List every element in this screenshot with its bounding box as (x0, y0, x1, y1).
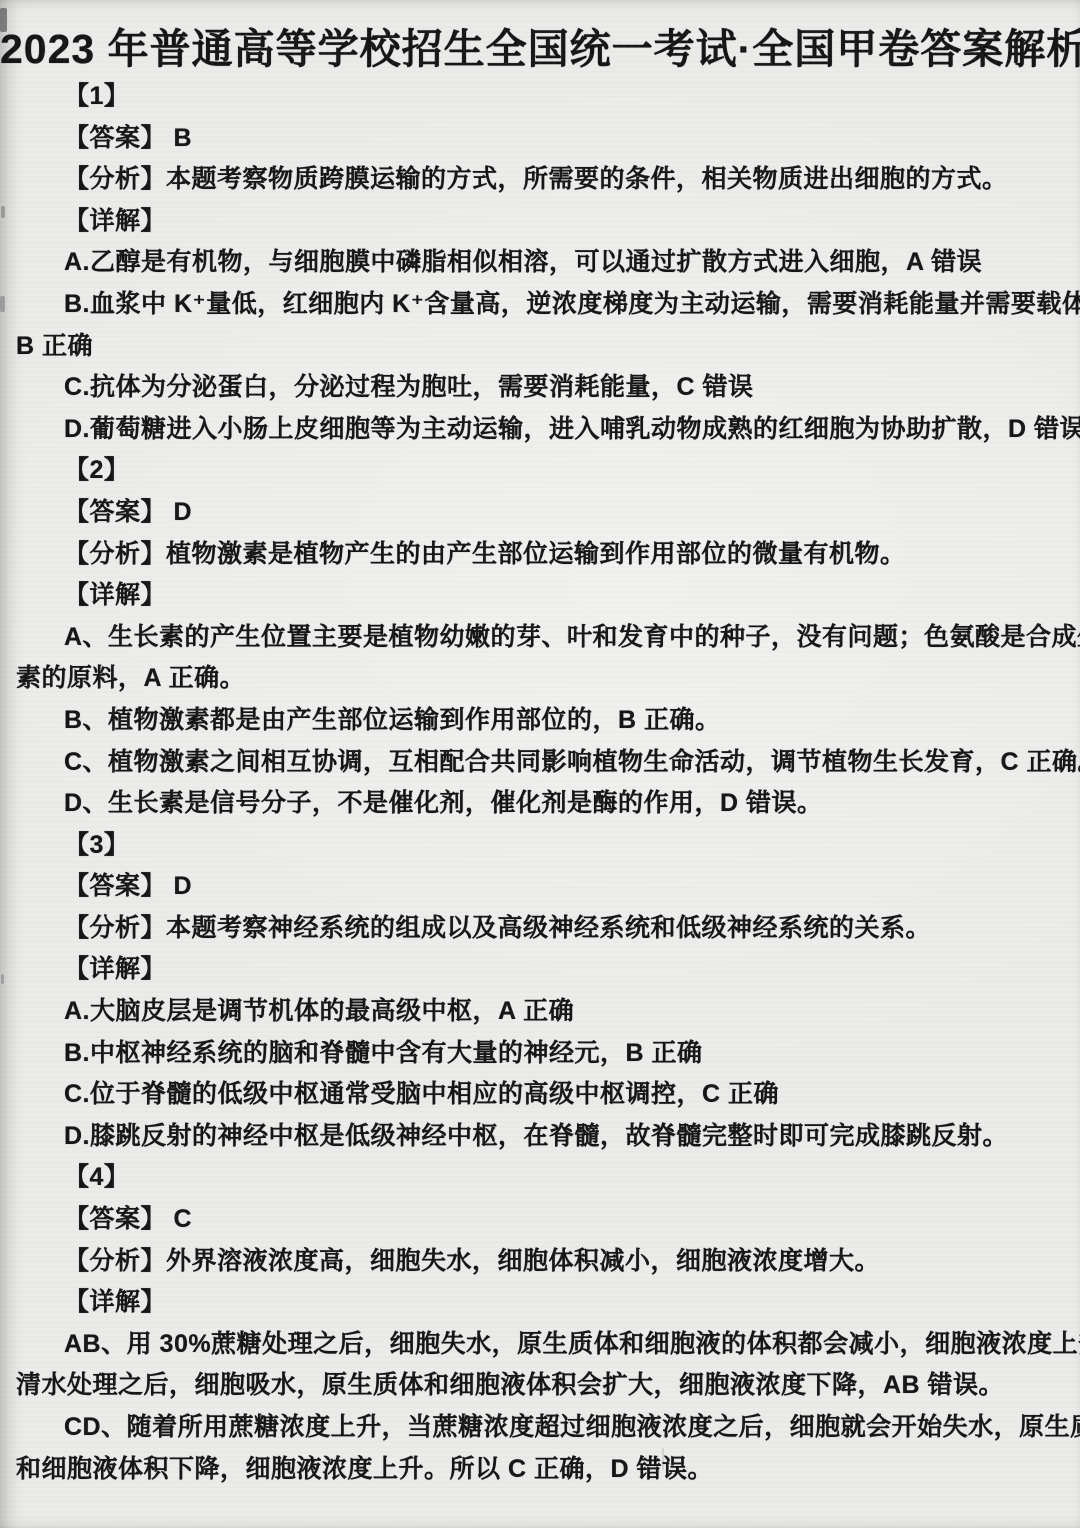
text-line: 【答案】 C (16, 1199, 1080, 1241)
text-line: 【详解】 (16, 949, 1080, 991)
text-line: 【1】 (16, 76, 1080, 118)
text-line: 【分析】植物激素是植物产生的由产生部位运输到作用部位的微量有机物。 (16, 534, 1080, 576)
text-line: 【答案】 D (16, 866, 1080, 908)
text-line: D.膝跳反射的神经中枢是低级神经中枢，在脊髓，故脊髓完整时即可完成膝跳反射。 (16, 1116, 1080, 1158)
scan-artifact (1, 206, 5, 218)
text-line: 【分析】本题考察神经系统的组成以及高级神经系统和低级神经系统的关系。 (16, 908, 1080, 950)
text-line: 【2】 (16, 450, 1080, 492)
text-line: B.中枢神经系统的脑和脊髓中含有大量的神经元，B 正确 (16, 1033, 1080, 1075)
text-line: 【详解】 (16, 575, 1080, 617)
text-line: 【4】 (16, 1157, 1080, 1199)
text-line: 【3】 (16, 825, 1080, 867)
text-line: 【分析】本题考察物质跨膜运输的方式，所需要的条件，相关物质进出细胞的方式。 (16, 159, 1080, 201)
text-line: B 正确 (16, 326, 1080, 368)
text-line: 【分析】外界溶液浓度高，细胞失水，细胞体积减小，细胞液浓度增大。 (16, 1241, 1080, 1283)
scan-artifact (0, 296, 5, 312)
text-line: B.血浆中 K⁺量低，红细胞内 K⁺含量高，逆浓度梯度为主动运输，需要消耗能量并… (16, 284, 1080, 326)
text-line: D.葡萄糖进入小肠上皮细胞等为主动运输，进入哺乳动物成熟的红细胞为协助扩散，D … (16, 409, 1080, 451)
text-line: C.位于脊髓的低级中枢通常受脑中相应的高级中枢调控，C 正确 (16, 1074, 1080, 1116)
text-line: 清水处理之后，细胞吸水，原生质体和细胞液体积会扩大，细胞液浓度下降，AB 错误。 (16, 1365, 1080, 1407)
text-line: 和细胞液体积下降，细胞液浓度上升。所以 C 正确，D 错误。 (16, 1449, 1080, 1491)
text-line: 【答案】 B (16, 118, 1080, 160)
text-line: A.大脑皮层是调节机体的最高级中枢，A 正确 (16, 991, 1080, 1033)
text-line: AB、用 30%蔗糖处理之后，细胞失水，原生质体和细胞液的体积都会减小，细胞液浓… (16, 1324, 1080, 1366)
text-line: C、植物激素之间相互协调，互相配合共同影响植物生命活动，调节植物生长发育，C 正… (16, 742, 1080, 784)
text-line: CD、随着所用蔗糖浓度上升，当蔗糖浓度超过细胞液浓度之后，细胞就会开始失水，原生… (16, 1407, 1080, 1449)
page-title: 2023 年普通高等学校招生全国统一考试·全国甲卷答案解析 (0, 24, 1080, 74)
text-line: D、生长素是信号分子，不是催化剂，催化剂是酶的作用，D 错误。 (16, 783, 1080, 825)
text-line: C.抗体为分泌蛋白，分泌过程为胞吐，需要消耗能量，C 错误 (16, 367, 1080, 409)
text-line: A、生长素的产生位置主要是植物幼嫩的芽、叶和发育中的种子，没有问题；色氨酸是合成… (16, 617, 1080, 659)
text-line: 【详解】 (16, 1282, 1080, 1324)
text-line: A.乙醇是有机物，与细胞膜中磷脂相似相溶，可以通过扩散方式进入细胞，A 错误 (16, 242, 1080, 284)
text-line: 【答案】 D (16, 492, 1080, 534)
text-line: 【详解】 (16, 201, 1080, 243)
text-lines: 【1】【答案】 B【分析】本题考察物质跨膜运输的方式，所需要的条件，相关物质进出… (16, 76, 1080, 1490)
document-page: 2023 年普通高等学校招生全国统一考试·全国甲卷答案解析 【1】【答案】 B【… (0, 0, 1080, 1528)
scan-artifact (1, 974, 4, 984)
text-line: B、植物激素都是由产生部位运输到作用部位的，B 正确。 (16, 700, 1080, 742)
text-line: 素的原料，A 正确。 (16, 658, 1080, 700)
